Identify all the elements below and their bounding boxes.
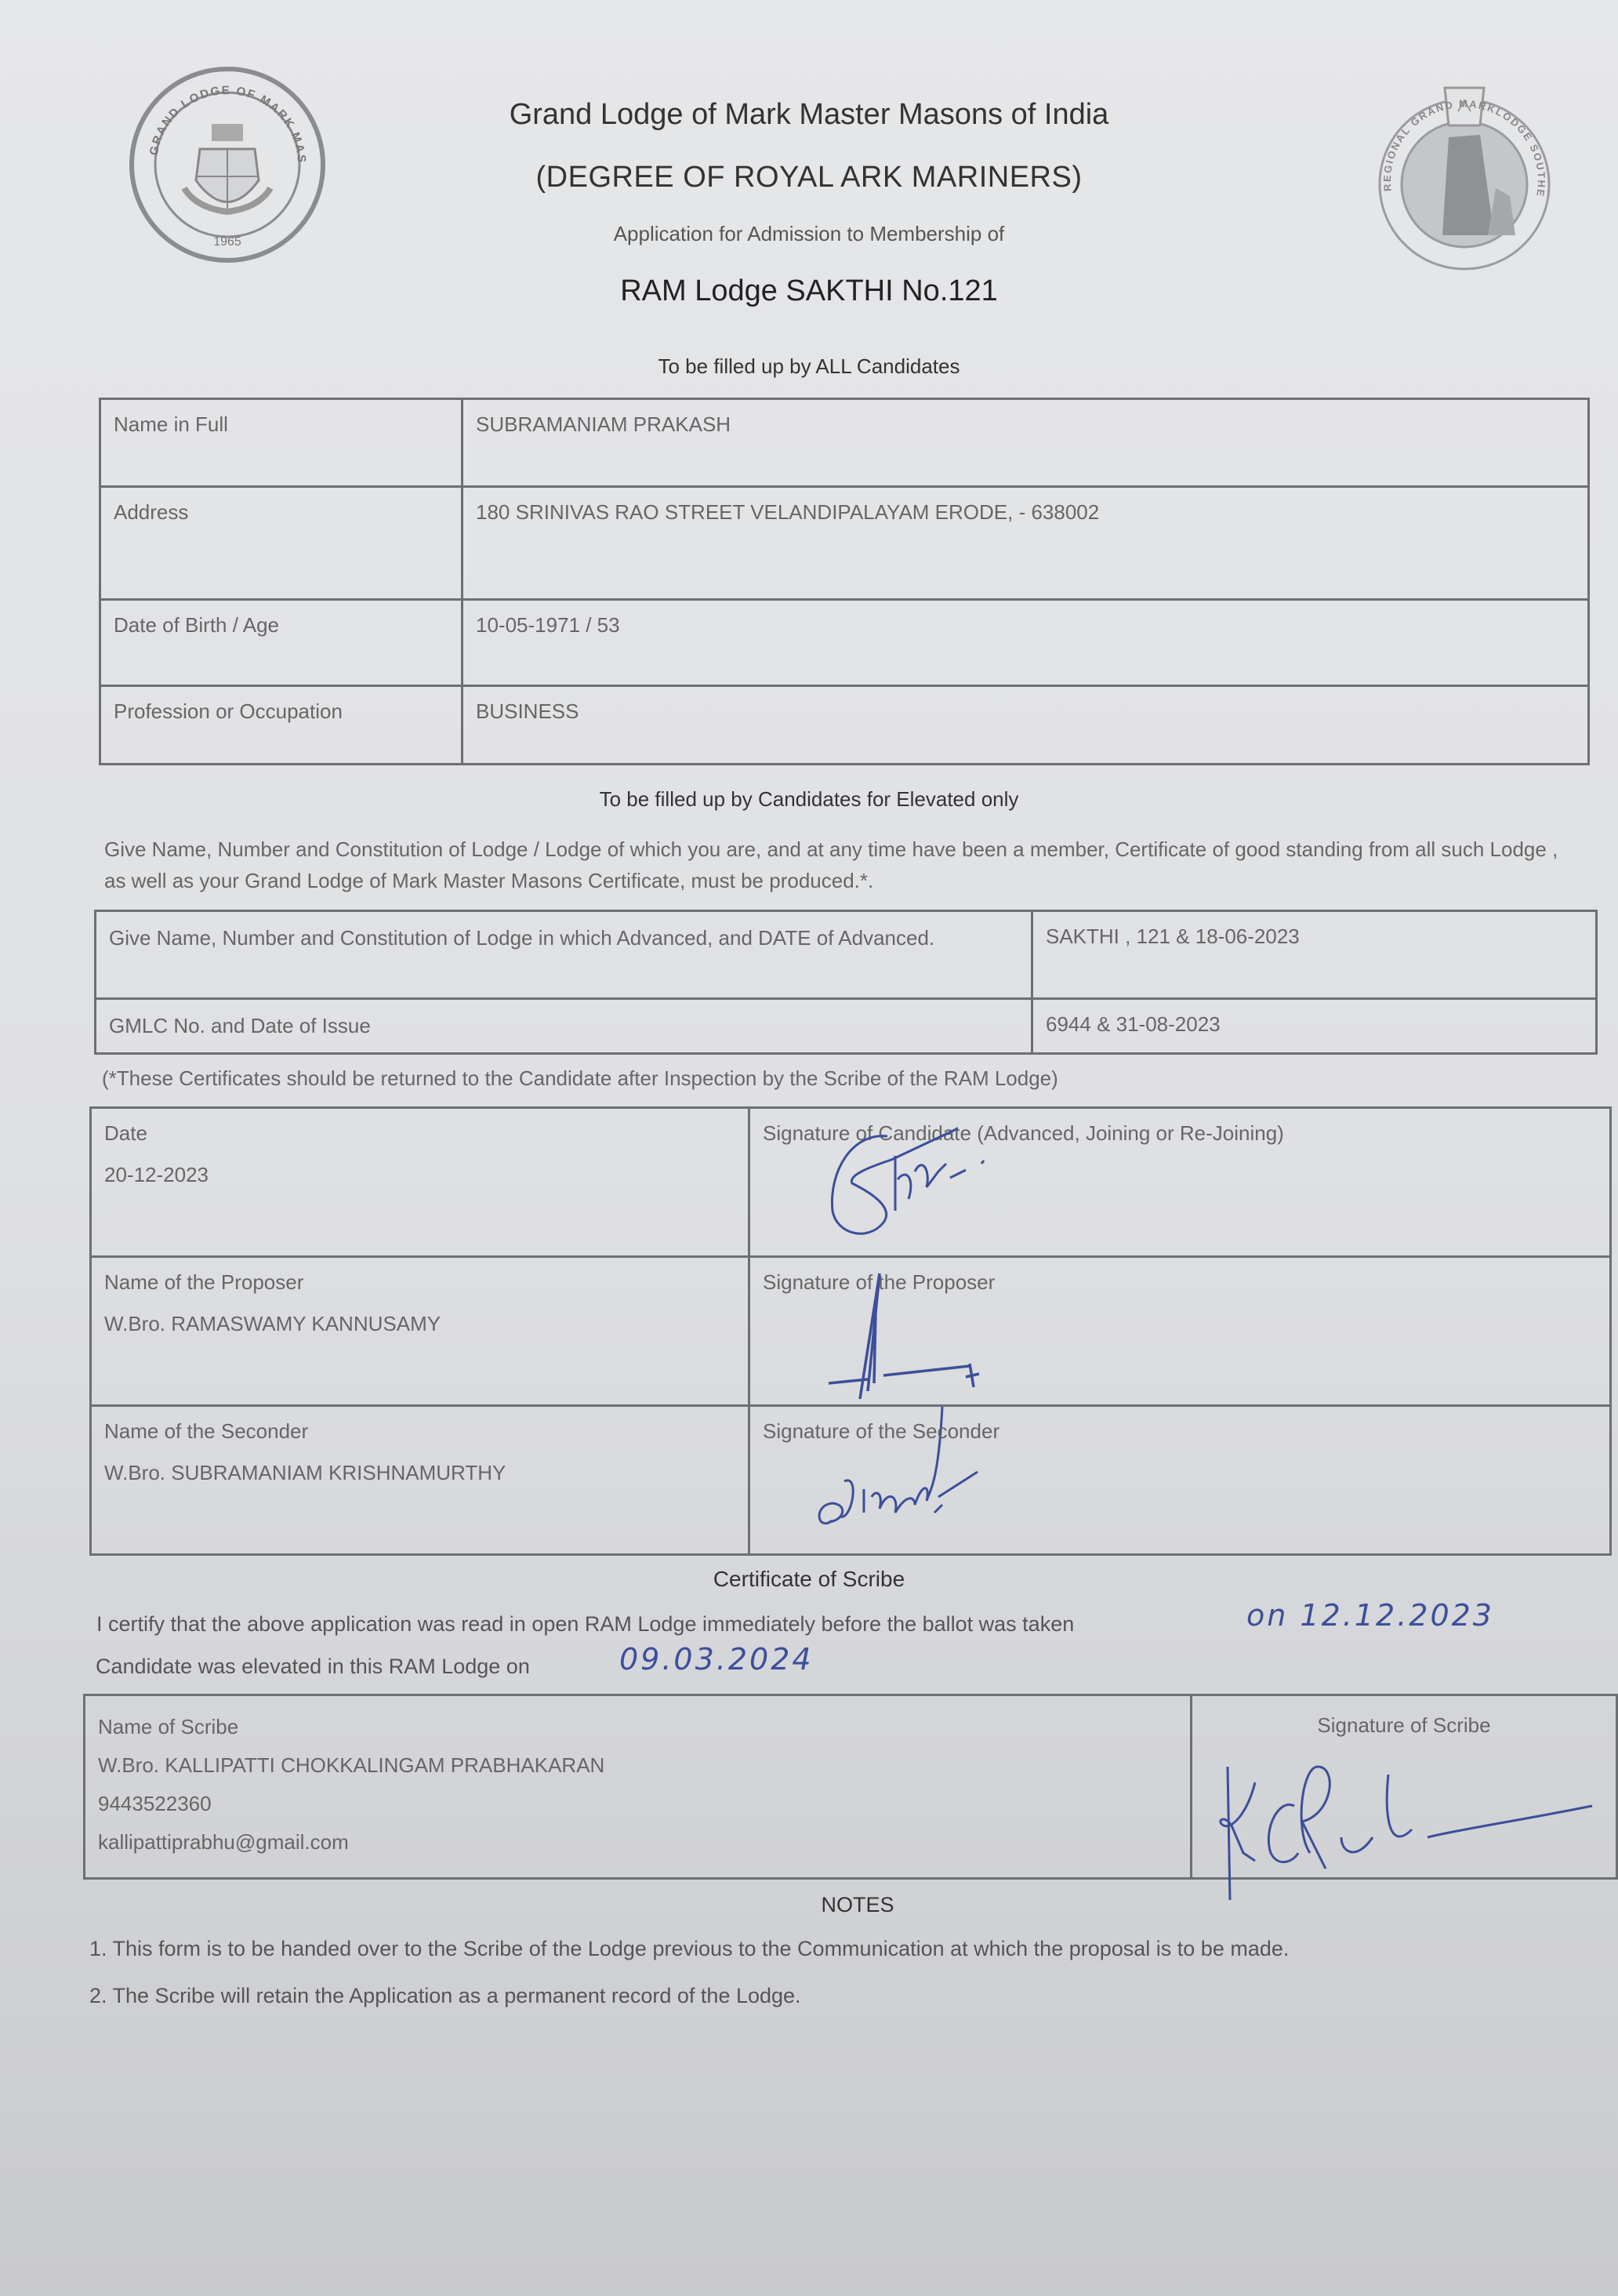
candidate-details-table: Name in Full SUBRAMANIAM PRAKASH Address… [99, 398, 1590, 765]
table-row: Name of the Proposer W.Bro. RAMASWAMY KA… [91, 1257, 1611, 1406]
scribe-email: kallipattiprabhu@gmail.com [98, 1830, 1177, 1855]
gmlc-value: 6944 & 31-08-2023 [1032, 999, 1597, 1054]
signatures-table: Date 20-12-2023 Signature of Candidate (… [89, 1106, 1612, 1556]
certificate-of-scribe-heading: Certificate of Scribe [0, 1567, 1618, 1592]
certificates-footnote: (*These Certificates should be returned … [102, 1066, 1058, 1091]
elevated-details-table: Give Name, Number and Constitution of Lo… [94, 910, 1598, 1055]
field-label: Profession or Occupation [100, 686, 463, 765]
scribe-table: Name of Scribe W.Bro. KALLIPATTI CHOKKAL… [83, 1694, 1618, 1880]
scribe-name: W.Bro. KALLIPATTI CHOKKALINGAM PRABHAKAR… [98, 1753, 1177, 1778]
elevated-instructions: Give Name, Number and Constitution of Lo… [104, 834, 1578, 896]
table-row: Name of Scribe W.Bro. KALLIPATTI CHOKKAL… [85, 1695, 1617, 1879]
ballot-date-handwritten: on 12.12.2023 [1246, 1598, 1494, 1633]
elevated-date-handwritten: 09.03.2024 [619, 1642, 814, 1677]
ballot-statement: I certify that the above application was… [96, 1612, 1074, 1637]
seconder-label: Name of the Seconder [104, 1419, 308, 1443]
field-label: Name in Full [100, 399, 463, 487]
scribe-signature-label: Signature of Scribe [1317, 1713, 1490, 1737]
field-label: Date of Birth / Age [100, 600, 463, 686]
proposer-label: Name of the Proposer [104, 1270, 303, 1294]
application-subtitle: Application for Admission to Membership … [0, 222, 1618, 246]
name-in-full-value: SUBRAMANIAM PRAKASH [463, 399, 1589, 487]
form-title: Grand Lodge of Mark Master Masons of Ind… [0, 98, 1618, 132]
date-value: 20-12-2023 [104, 1163, 735, 1187]
dob-age-value: 10-05-1971 / 53 [463, 600, 1589, 686]
seconder-name: W.Bro. SUBRAMANIAM KRISHNAMURTHY [104, 1461, 735, 1485]
scribe-phone: 9443522360 [98, 1792, 1177, 1816]
proposer-name: W.Bro. RAMASWAMY KANNUSAMY [104, 1312, 735, 1336]
date-label: Date [104, 1121, 147, 1145]
section-all-candidates-heading: To be filled up by ALL Candidates [0, 354, 1618, 379]
scribe-signature [1200, 1751, 1616, 1900]
field-label: Address [100, 487, 463, 600]
field-label: Give Name, Number and Constitution of Lo… [96, 911, 1032, 999]
table-row: GMLC No. and Date of Issue 6944 & 31-08-… [96, 999, 1597, 1054]
proposer-signature-label: Signature of the Proposer [763, 1270, 995, 1294]
table-row: Date 20-12-2023 Signature of Candidate (… [91, 1108, 1611, 1257]
profession-value: BUSINESS [463, 686, 1589, 765]
address-value: 180 SRINIVAS RAO STREET VELANDIPALAYAM E… [463, 487, 1589, 600]
elevated-statement: Candidate was elevated in this RAM Lodge… [96, 1655, 530, 1679]
notes-heading: NOTES [0, 1893, 1618, 1917]
degree-title: (DEGREE OF ROYAL ARK MARINERS) [0, 161, 1618, 194]
table-row: Give Name, Number and Constitution of Lo… [96, 911, 1597, 999]
lodge-name: RAM Lodge SAKTHI No.121 [0, 274, 1618, 308]
table-row: Profession or Occupation BUSINESS [100, 686, 1589, 765]
table-row: Name of the Seconder W.Bro. SUBRAMANIAM … [91, 1406, 1611, 1555]
note-item: 1. This form is to be handed over to the… [89, 1937, 1289, 1961]
candidate-signature-label: Signature of Candidate (Advanced, Joinin… [763, 1121, 1284, 1145]
application-form-page: GRAND LODGE OF MARK MASTER MASONS OF IND… [0, 0, 1618, 2296]
table-row: Name in Full SUBRAMANIAM PRAKASH [100, 399, 1589, 487]
section-elevated-heading: To be filled up by Candidates for Elevat… [0, 787, 1618, 812]
seconder-signature-label: Signature of the Seconder [763, 1419, 999, 1443]
table-row: Address 180 SRINIVAS RAO STREET VELANDIP… [100, 487, 1589, 600]
table-row: Date of Birth / Age 10-05-1971 / 53 [100, 600, 1589, 686]
note-item: 2. The Scribe will retain the Applicatio… [89, 1984, 801, 2008]
field-label: GMLC No. and Date of Issue [96, 999, 1032, 1054]
lodge-advanced-value: SAKTHI , 121 & 18-06-2023 [1032, 911, 1597, 999]
scribe-name-label: Name of Scribe [98, 1715, 1177, 1739]
